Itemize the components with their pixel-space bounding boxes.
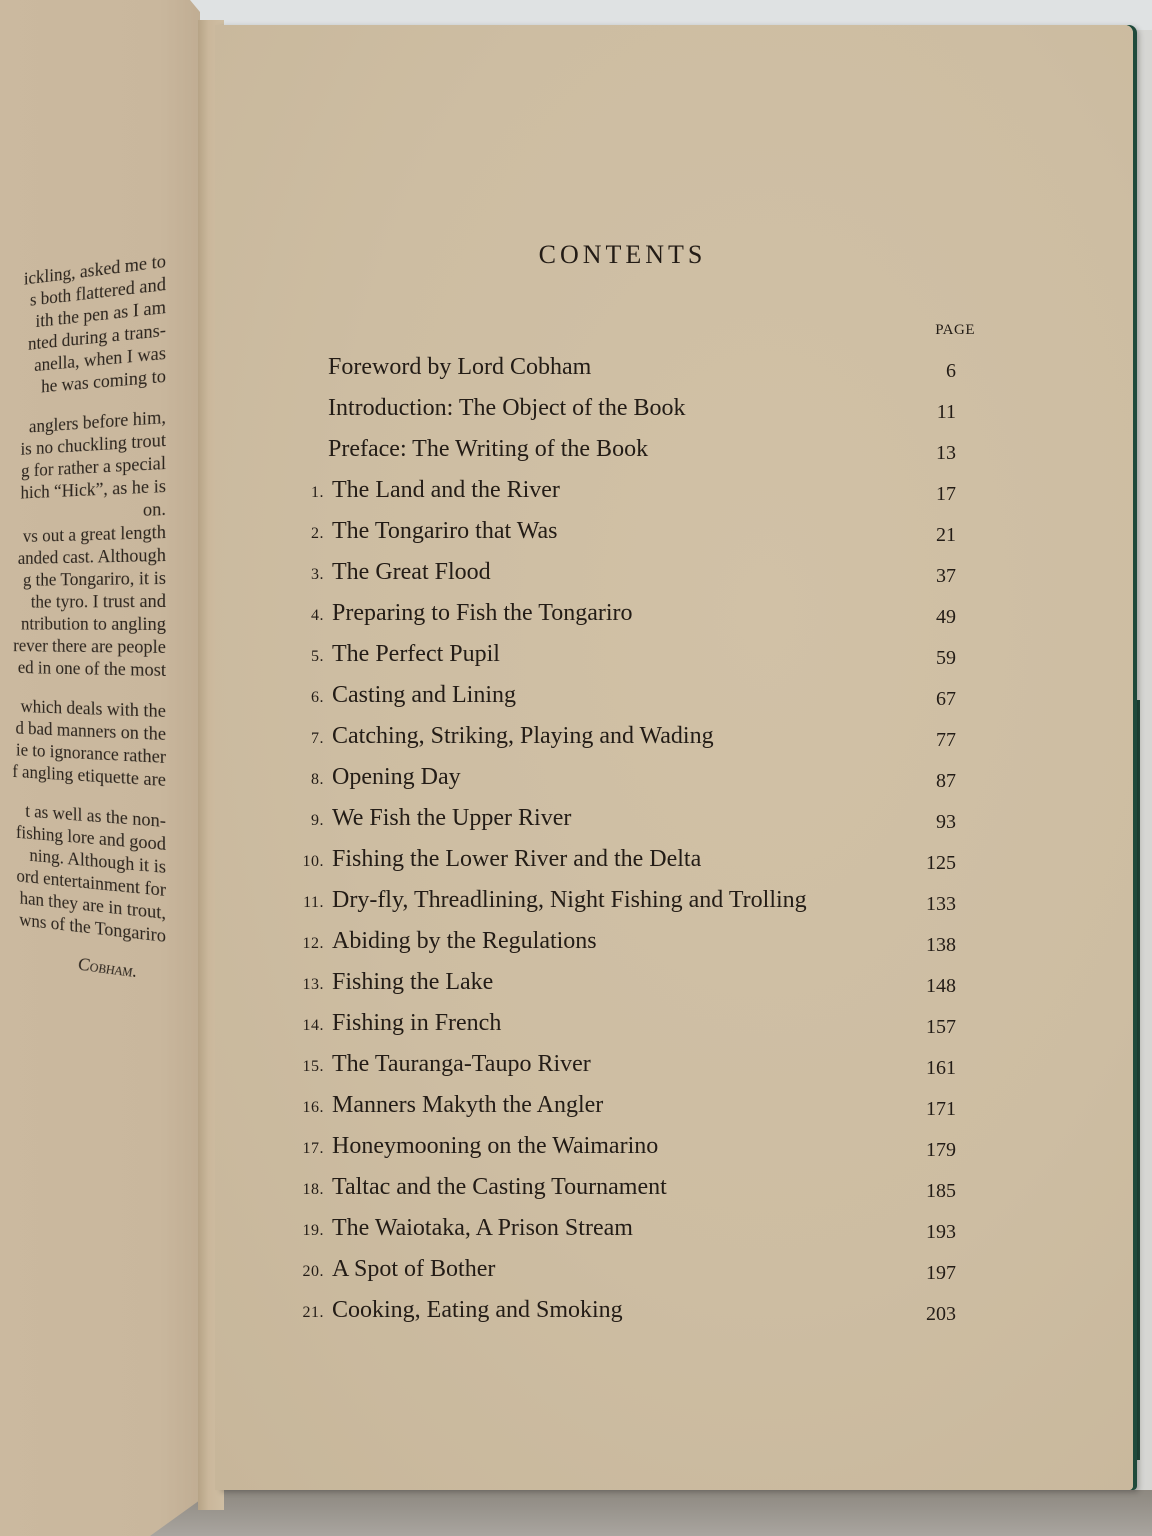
chapter-number: 12. (270, 935, 324, 953)
chapter-number: 11. (270, 894, 324, 912)
chapter-number: 10. (270, 853, 324, 871)
book-cover-edge (1133, 700, 1140, 1460)
chapter-number: 5. (270, 648, 324, 666)
entry-page-number: 59 (936, 647, 956, 670)
entry-page-number: 67 (936, 688, 956, 711)
entry-title: The Land and the River (332, 477, 560, 504)
toc-chapter-row: 12.Abiding by the Regulations138 (270, 926, 970, 967)
toc-chapter-row: 19.The Waiotaka, A Prison Stream193 (270, 1213, 970, 1254)
entry-page-number: 133 (926, 893, 956, 916)
entry-title: A Spot of Bother (332, 1256, 495, 1283)
chapter-number: 20. (270, 1263, 324, 1281)
chapter-number: 21. (270, 1304, 324, 1322)
entry-page-number: 161 (926, 1057, 956, 1080)
entry-page-number: 49 (936, 606, 956, 629)
entry-title: The Tongariro that Was (332, 518, 557, 545)
entry-page-number: 17 (936, 483, 956, 506)
toc-chapter-row: 15.The Tauranga-Taupo River161 (270, 1049, 970, 1090)
toc-chapter-row: 20.A Spot of Bother197 (270, 1254, 970, 1295)
toc-chapter-row: 13.Fishing the Lake148 (270, 967, 970, 1008)
entry-title: Cooking, Eating and Smoking (332, 1297, 623, 1324)
text-line: g the Tongariro, it is (9, 567, 166, 592)
entry-title: Preface: The Writing of the Book (328, 436, 648, 463)
entry-title: Honeymooning on the Waimarino (332, 1133, 658, 1160)
toc-chapter-row: 3.The Great Flood37 (270, 557, 970, 598)
toc-chapter-row: 6.Casting and Lining67 (270, 680, 970, 721)
entry-page-number: 157 (926, 1016, 956, 1039)
page-column-header: PAGE (915, 322, 975, 339)
toc-chapter-row: 16.Manners Makyth the Angler171 (270, 1090, 970, 1131)
toc-chapter-row: 1.The Land and the River17 (270, 475, 970, 516)
text-line: anded cast. Although (9, 544, 166, 570)
entry-title: Introduction: The Object of the Book (328, 395, 685, 422)
toc-front-matter-row: Preface: The Writing of the Book13 (270, 434, 970, 475)
entry-title: Foreword by Lord Cobham (328, 354, 591, 381)
chapter-number: 3. (270, 566, 324, 584)
entry-title: Catching, Striking, Playing and Wading (332, 723, 714, 750)
entry-page-number: 77 (936, 729, 956, 752)
toc-chapter-row: 17.Honeymooning on the Waimarino179 (270, 1131, 970, 1172)
entry-page-number: 13 (936, 442, 956, 465)
toc-front-matter-row: Foreword by Lord Cobham6 (270, 352, 970, 393)
entry-title: Opening Day (332, 764, 461, 791)
foreword-text-fragment: ickling, asked me tos both flattered and… (9, 250, 166, 987)
chapter-number: 18. (270, 1181, 324, 1199)
entry-page-number: 171 (926, 1098, 956, 1121)
entry-page-number: 21 (936, 524, 956, 547)
chapter-number: 2. (270, 525, 324, 543)
entry-title: Fishing the Lake (332, 969, 493, 996)
entry-page-number: 179 (926, 1139, 956, 1162)
entry-title: Casting and Lining (332, 682, 516, 709)
entry-page-number: 11 (937, 401, 956, 424)
entry-title: Manners Makyth the Angler (332, 1092, 603, 1119)
toc-chapter-row: 2.The Tongariro that Was21 (270, 516, 970, 557)
chapter-number: 15. (270, 1058, 324, 1076)
table-of-contents: Foreword by Lord Cobham6Introduction: Th… (270, 352, 970, 1336)
entry-page-number: 138 (926, 934, 956, 957)
entry-title: Fishing in French (332, 1010, 501, 1037)
toc-chapter-row: 10.Fishing the Lower River and the Delta… (270, 844, 970, 885)
toc-chapter-row: 11.Dry-fly, Threadlining, Night Fishing … (270, 885, 970, 926)
text-line: the tyro. I trust and (9, 590, 166, 613)
entry-title: Fishing the Lower River and the Delta (332, 846, 701, 873)
entry-page-number: 193 (926, 1221, 956, 1244)
entry-title: The Great Flood (332, 559, 491, 586)
entry-page-number: 203 (926, 1303, 956, 1326)
chapter-number: 4. (270, 607, 324, 625)
toc-chapter-row: 14.Fishing in French157 (270, 1008, 970, 1049)
text-line: rever there are people (9, 635, 166, 659)
left-page: ickling, asked me tos both flattered and… (0, 0, 200, 1536)
entry-title: Taltac and the Casting Tournament (332, 1174, 667, 1201)
entry-title: We Fish the Upper River (332, 805, 571, 832)
text-line: ed in one of the most (9, 657, 166, 682)
signature: Cobham. (9, 945, 166, 987)
chapter-number: 13. (270, 976, 324, 994)
chapter-number: 17. (270, 1140, 324, 1158)
chapter-number: 7. (270, 730, 324, 748)
contents-heading: CONTENTS (0, 240, 1152, 270)
toc-chapter-row: 5.The Perfect Pupil59 (270, 639, 970, 680)
entry-title: The Perfect Pupil (332, 641, 500, 668)
toc-chapter-row: 8.Opening Day87 (270, 762, 970, 803)
entry-page-number: 125 (926, 852, 956, 875)
chapter-number: 14. (270, 1017, 324, 1035)
toc-chapter-row: 4.Preparing to Fish the Tongariro49 (270, 598, 970, 639)
entry-page-number: 87 (936, 770, 956, 793)
toc-chapter-row: 9.We Fish the Upper River93 (270, 803, 970, 844)
entry-page-number: 185 (926, 1180, 956, 1203)
chapter-number: 9. (270, 812, 324, 830)
entry-title: Preparing to Fish the Tongariro (332, 600, 633, 627)
entry-page-number: 197 (926, 1262, 956, 1285)
entry-title: The Waiotaka, A Prison Stream (332, 1215, 633, 1242)
entry-page-number: 6 (946, 360, 956, 383)
chapter-number: 1. (270, 484, 324, 502)
toc-chapter-row: 18.Taltac and the Casting Tournament185 (270, 1172, 970, 1213)
chapter-number: 16. (270, 1099, 324, 1117)
entry-page-number: 93 (936, 811, 956, 834)
text-line: ntribution to angling (9, 613, 166, 636)
entry-title: The Tauranga-Taupo River (332, 1051, 591, 1078)
entry-title: Dry-fly, Threadlining, Night Fishing and… (332, 887, 807, 914)
toc-front-matter-row: Introduction: The Object of the Book11 (270, 393, 970, 434)
chapter-number: 6. (270, 689, 324, 707)
toc-chapter-row: 21.Cooking, Eating and Smoking203 (270, 1295, 970, 1336)
chapter-number: 8. (270, 771, 324, 789)
entry-page-number: 148 (926, 975, 956, 998)
entry-page-number: 37 (936, 565, 956, 588)
toc-chapter-row: 7.Catching, Striking, Playing and Wading… (270, 721, 970, 762)
chapter-number: 19. (270, 1222, 324, 1240)
entry-title: Abiding by the Regulations (332, 928, 597, 955)
